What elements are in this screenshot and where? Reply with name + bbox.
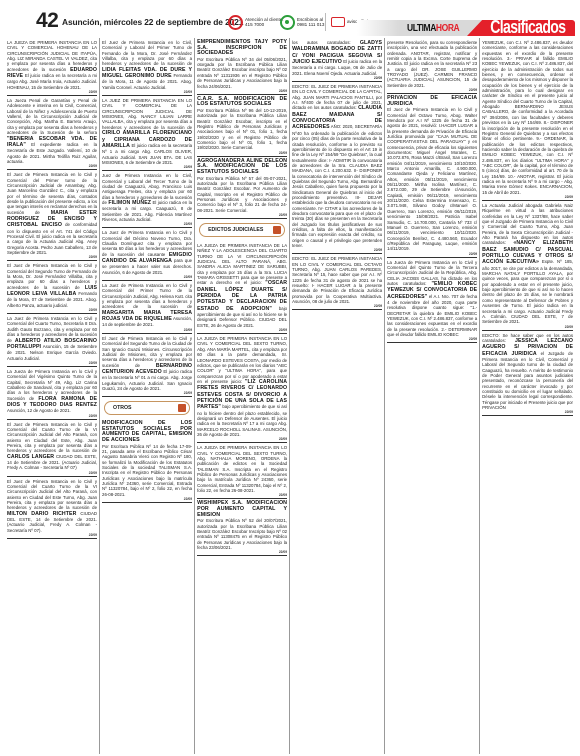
- legal-notice: AGROGANADERA ALINE DELEON S.A. MODIFICAC…: [197, 157, 287, 219]
- legal-notice: El Juez de Primera Instancia en lo Civil…: [7, 477, 97, 539]
- notice-tag: 22/09: [292, 304, 382, 308]
- legal-notice: La Juez de Primera Instancia en lo Civil…: [102, 228, 192, 281]
- legal-notice: los autos caratulados: GLADYS WALDRAMINA…: [292, 38, 382, 82]
- column-6: YEWEZUK, con C.I. Nº 2.486.837, es deudo…: [480, 38, 575, 754]
- notice-tag: 22/09: [102, 90, 192, 94]
- legal-notice: YEWEZUK, con C.I. Nº 2.486.837, es deudo…: [482, 38, 573, 201]
- notice-tag: 22/09: [7, 414, 97, 418]
- phone-number: 415 7000: [245, 22, 264, 27]
- legal-notice: LA JUEZA DE PRIMERA INSTANCIA EN LO CIVI…: [197, 334, 287, 443]
- legal-notice: EMPRENDIMIENTOS TAJY POTY S.A. INSCRIPCI…: [197, 38, 287, 95]
- notice-tag: 22/09: [197, 437, 287, 441]
- legal-notice: EDICTO: EL JUEZ DE PRIMERA INSTANCIA EN …: [292, 254, 382, 310]
- whatsapp-label: Escribinos al: [297, 17, 323, 22]
- notice-tag: 22/09: [197, 550, 287, 554]
- section-banner: ULTIMAHORA Clasificados: [357, 20, 575, 36]
- legal-notice: La Juez de Primera Instancia en lo Civil…: [7, 314, 97, 367]
- legal-notice: La Jueza de Primera Instancia en lo Civi…: [7, 367, 97, 420]
- brand-hora: HORA: [436, 23, 459, 34]
- page-header: 42 Asunción, miércoles 22 de septiembre …: [0, 0, 580, 36]
- notice-body: La Juez de Primera Instancia en lo Civil…: [102, 283, 192, 309]
- notice-body: YEWEZUK, con C.I. Nº 2.486.837, es deudo…: [482, 40, 573, 195]
- notice-tag: 22/09: [7, 361, 97, 365]
- notice-tag: 22/09: [482, 325, 573, 329]
- notice-tag: 22/09: [102, 165, 192, 169]
- notice-body: La Jueza Penal de Garantías y Penal de A…: [7, 98, 97, 135]
- notice-tag: 22/09: [387, 252, 477, 256]
- brand-logo: ULTIMAHORA: [407, 23, 459, 34]
- contact-whatsapp: Escribinos al0981 111 013: [280, 10, 324, 34]
- notice-party-name: WISHIMPEX S.A. MODIFICACION POR AUMENTO …: [197, 501, 287, 518]
- legal-notice: WISHIMPEX S.A. MODIFICACION POR AUMENTO …: [197, 499, 287, 556]
- legal-notice: MODIFICACION DE LOS ESTATUTOS SOCIALES P…: [102, 419, 192, 503]
- notice-party-name: MILTON DARIO RICHTER: [7, 511, 76, 517]
- notice-detail: Por Escritura Pública Nº 96 del 10-12-20…: [197, 108, 287, 150]
- legal-notice: LA JUEZ DE PRIMERA INSTANCIA EN LO CIVIL…: [102, 96, 192, 171]
- whatsapp-icon: [280, 15, 295, 30]
- section-header-edictos-judiciales: EDICTOS JUDICIALES: [199, 223, 285, 237]
- legal-notice: LA JUEZA DE PRIMERA INSTANCIA EN LO CIVI…: [197, 443, 287, 499]
- notice-party-name: C.A.R. S.A. MODIFICACION DE LOS ESTATUTO…: [197, 97, 287, 108]
- legal-notice: presente Resolución, para su correspondi…: [387, 38, 477, 94]
- notice-body: El Juez de Primera Instancia en lo Civil…: [7, 479, 97, 511]
- notice-body: LA JUEZ DE PRIMERA INSTANCIA EN LO CIVIL…: [102, 98, 192, 130]
- legal-notice: El Juez de Primera Instancia en lo Civil…: [7, 170, 97, 261]
- notice-tag: 22/09: [102, 497, 192, 501]
- notice-body: El Juez de Primera Instancia en lo Civil…: [7, 172, 97, 214]
- notice-body: El Juez de Primera Instancia en lo Civil…: [102, 40, 192, 66]
- notice-body: presente Resolución, para su correspondi…: [387, 40, 477, 88]
- notice-party-name: CARLOS LANGER: [7, 454, 54, 460]
- column-4: los autos caratulados: GLADYS WALDRAMINA…: [290, 38, 385, 754]
- notice-detail: Por Escritura Pública Nº 57 del 05-07-20…: [197, 176, 287, 213]
- notice-body: LA JUEZA DE PRIMERA INSTANCIA EN LO CIVI…: [197, 336, 287, 384]
- notice-tag: 22/09: [102, 275, 192, 279]
- notice-party-name: PRIVACION DE EFICACIA JURIDICA: [387, 96, 477, 107]
- page-number: 42: [36, 9, 58, 33]
- section-badge-icon: [273, 226, 281, 234]
- legal-notice: Juez de Primera Instancia en lo Civil, C…: [102, 171, 192, 228]
- section-header-label: EDICTOS JUDICIALES: [208, 227, 263, 233]
- classifieds-columns: LA JUEZA DE PRIMERA INSTANCIA EN LO CIVI…: [5, 38, 575, 754]
- legal-notice: El Juez de Primera Instancia en lo Civil…: [102, 38, 192, 96]
- notice-tag: 22/09: [197, 328, 287, 332]
- notice-party-name: EMPRENDIMIENTOS TAJY POTY S.A. INSCRIPCI…: [197, 40, 287, 57]
- legal-notice: El Juez de Primera Instancia en lo Civil…: [7, 420, 97, 477]
- notice-detail: Expte. Nº 185, año 2017, se cite por edi…: [482, 259, 573, 324]
- column-5: presente Resolución, para su correspondi…: [385, 38, 480, 754]
- notice-tag: 22/09: [7, 533, 97, 537]
- phone-label: Atención al cliente:: [245, 17, 284, 22]
- notice-tag: 22/09: [197, 213, 287, 217]
- notice-detail: Asunción, 12 de Agosto de 2021.: [7, 408, 71, 413]
- notice-tag: 22/09: [7, 308, 97, 312]
- notice-tag: 22/09: [7, 471, 97, 475]
- legal-notice: PRIVACION DE EFICACIA JURIDICA El Juez d…: [387, 94, 477, 257]
- notice-party-name: FILIMON MUÑEZ: [108, 200, 151, 206]
- notice-tag: 22/09: [7, 90, 97, 94]
- legal-notice: LA JUEZA DE PRIMERA INSTANCIA EN LO CIVI…: [7, 38, 97, 96]
- notice-tag: 22/09: [7, 164, 97, 168]
- notice-tag: 22/09: [102, 391, 192, 395]
- notice-tag: 22/09: [387, 88, 477, 92]
- section-header-otros: OTROS: [104, 401, 190, 415]
- notice-tag: 22/09: [102, 222, 192, 226]
- section-badge-icon: [178, 404, 186, 412]
- section-header-label: OTROS: [113, 405, 131, 411]
- legal-notice: C.A.R. S.A. MODIFICACION DE LOS ESTATUTO…: [197, 95, 287, 157]
- notice-tag: 22/09: [7, 255, 97, 259]
- column-3: EMPRENDIMIENTOS TAJY POTY S.A. INSCRIPCI…: [195, 38, 290, 754]
- notice-detail: el Juzgado de Primera Instancia en lo Ci…: [482, 351, 573, 410]
- notice-detail: Asunción, 08 de julio de 2021.: [292, 299, 350, 304]
- notice-tag: 22/09: [387, 337, 477, 341]
- notice-tag: 22/09: [197, 151, 287, 155]
- notice-party-name: AGROGANADERA ALINE DELEON S.A. MODIFICAC…: [197, 159, 287, 176]
- legal-notice: La Jueza Penal de Garantías y Penal de A…: [7, 96, 97, 170]
- notice-body: los autos caratulados:: [292, 40, 360, 45]
- legal-notice: La Actuaria Judicial abogada Gabriela Na…: [482, 201, 573, 331]
- divider: [325, 13, 326, 31]
- phone-icon: [228, 15, 243, 30]
- notice-detail: El Juez de Primera Instancia en lo Civil…: [387, 107, 477, 251]
- mail-icon: [331, 17, 345, 27]
- notice-detail: Por Escritura Pública Nº 34 del 05/06/20…: [197, 57, 287, 89]
- notice-detail: el A.I. Nro. 707 de fecha 4 de noviembre…: [387, 294, 477, 337]
- legal-notice: EDICTO: Se hace saber que en los autos c…: [482, 331, 573, 417]
- notice-tag: 22/09: [197, 493, 287, 497]
- notice-tag: 22/09: [197, 89, 287, 93]
- contact-phone: Atención al cliente:415 7000: [228, 10, 284, 34]
- notice-body: La Actuaria Judicial abogada Gabriela Na…: [482, 203, 573, 245]
- legal-notice: El Juez de Primera Instancia en lo Civil…: [7, 261, 97, 314]
- notice-tag: 22/09: [482, 195, 573, 199]
- notice-tag: 22/09: [292, 76, 382, 80]
- legal-notice: La Jueza de Primera Instancia en lo Civi…: [387, 258, 477, 344]
- notice-body: El Juez de Primera Instancia en lo Civil…: [7, 422, 97, 454]
- legal-notice: La Juez de Primera Instancia en lo Civil…: [102, 281, 192, 334]
- column-1: LA JUEZA DE PRIMERA INSTANCIA EN LO CIVI…: [5, 38, 100, 754]
- notice-detail: AÑO: 2020, SECRETARÍA Nº40 ha ordenado l…: [292, 124, 382, 248]
- notice-body: LA JUEZA DE PRIMERA INSTANCIA EN LO CIVI…: [197, 445, 287, 493]
- notice-tag: 22/09: [482, 410, 573, 414]
- brand-ultima: ULTIMA: [407, 23, 436, 34]
- notice-body: EDICTO: EL JUEZ DE PRIMERA INSTANCIA EN …: [292, 256, 382, 298]
- notice-tag: 22/09: [292, 248, 382, 252]
- notice-body: El Juez de Primera Instancia en lo Civil…: [7, 263, 97, 289]
- whatsapp-number: 0981 111 013: [297, 22, 324, 27]
- notice-tag: 22/09: [102, 328, 192, 332]
- legal-notice: EDICTO: EL JUEZ DE PRIMERA INSTANCIA EN …: [292, 82, 382, 254]
- legal-notice: El Juez de Primera Instancia en lo Civil…: [102, 334, 192, 397]
- notice-detail: Por Escritura Pública Nº 14 de fecha 17-…: [102, 444, 192, 497]
- section-title: Clasificados: [490, 17, 565, 38]
- notice-party-name: MODIFICACION DE LOS ESTATUTOS SOCIALES P…: [102, 421, 192, 443]
- notice-body: LA JUEZA DE PRIMERA INSTANCIA DE LA NIÑE…: [197, 243, 287, 285]
- publication-date: Asunción, miércoles 22 de septiembre de …: [62, 17, 243, 27]
- column-2: El Juez de Primera Instancia en lo Civil…: [100, 38, 195, 754]
- notice-detail: Por Escritura Pública Nº 52 del 20/07/20…: [197, 518, 287, 550]
- legal-notice: LA JUEZA DE PRIMERA INSTANCIA DE LA NIÑE…: [197, 241, 287, 334]
